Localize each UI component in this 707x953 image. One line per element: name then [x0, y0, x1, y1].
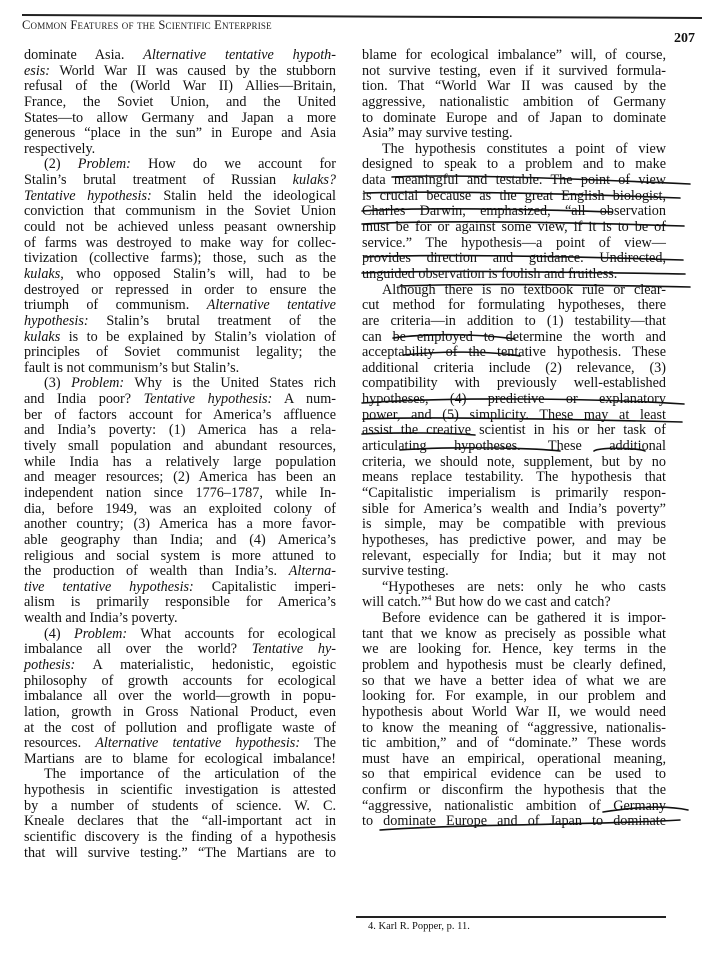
- text-line: survive testing.: [362, 564, 666, 580]
- text-line: esis: World War II was caused by the stu…: [24, 64, 336, 80]
- text-line: able geography than India; and (4) Ameri…: [24, 533, 336, 549]
- text-line: imbalance all over the world? Tentative …: [24, 642, 336, 658]
- text-line: France, the Soviet Union, and the United: [24, 95, 336, 111]
- text-line: must have an empirical, operational mean…: [362, 752, 666, 768]
- text-line: acceptability of the tentative hypothesi…: [362, 345, 666, 361]
- text-line: are criteria—in addition to (1) testabil…: [362, 314, 666, 330]
- text-line: so that empirical evidence can be used t…: [362, 767, 666, 783]
- text-line: hypotheses, (4) predictive or explanator…: [362, 392, 666, 408]
- text-line: The hypothesis constitutes a point of vi…: [362, 142, 666, 158]
- text-line: “aggressive, nationalistic ambition of G…: [362, 799, 666, 815]
- text-line: Tentative hypothesis: Stalin held the id…: [24, 189, 336, 205]
- text-line: The importance of the articulation of th…: [24, 767, 336, 783]
- text-line: cut method for formulating hypotheses, t…: [362, 298, 666, 314]
- text-line: designed to speak to a problem and to ma…: [362, 157, 666, 173]
- text-line: sible for America’s wealth and India’s p…: [362, 502, 666, 518]
- text-line: imbalance all over the world—growth in p…: [24, 689, 336, 705]
- text-line: another country; (3) America has a more …: [24, 517, 336, 533]
- text-line: ber of factors account for America’s aff…: [24, 408, 336, 424]
- text-line: tive tentative hypothesis: Capitalistic …: [24, 580, 336, 596]
- text-line: destroyed or repressed in order to ensur…: [24, 283, 336, 299]
- text-line: of farms was destroyed to make way for c…: [24, 236, 336, 252]
- text-line: kulaks, who opposed Stalin’s will, had t…: [24, 267, 336, 283]
- text-line: means replace testability. The hypothesi…: [362, 470, 666, 486]
- footnote-text: Karl R. Popper, p. 11.: [379, 921, 470, 932]
- text-line: not survive testing, even if it survived…: [362, 64, 666, 80]
- footnote-number: 4.: [368, 921, 376, 932]
- text-line: Before evidence can be gathered it is im…: [362, 611, 666, 627]
- text-line: hypothesis about World War II, we would …: [362, 705, 666, 721]
- text-line: (2) Problem: How do we account for: [24, 157, 336, 173]
- text-line: service.” The hypothesis—a point of view…: [362, 236, 666, 252]
- text-line: assist the creative scientist in his or …: [362, 423, 666, 439]
- text-line: compatibility with previously well-estab…: [362, 376, 666, 392]
- text-line: generous “place in the sun” in Europe an…: [24, 126, 336, 142]
- text-line: Charles Darwin, emphasized, “all observa…: [362, 204, 666, 220]
- text-line: additional criteria include (2) relevanc…: [362, 361, 666, 377]
- text-line: blame for ecological imbalance” will, of…: [362, 48, 666, 64]
- text-line: Martians are to blame for ecological imb…: [24, 752, 336, 768]
- page-number: 207: [674, 31, 695, 47]
- text-line: power, and (5) simplicity. These may at …: [362, 408, 666, 424]
- text-line: tion. That “World War II was caused by t…: [362, 79, 666, 95]
- text-line: States—to allow Germany and Japan a more: [24, 111, 336, 127]
- footnote-rule: [356, 916, 666, 918]
- text-line: respectively.: [24, 142, 336, 158]
- text-line: tively small population and abundant res…: [24, 439, 336, 455]
- text-line: scientific discovery is the finding of a…: [24, 830, 336, 846]
- text-line: Stalin’s brutal treatment of Russian kul…: [24, 173, 336, 189]
- text-line: we are looking for. Hence, key terms in …: [362, 642, 666, 658]
- text-line: by a number of students of science. W. C…: [24, 799, 336, 815]
- text-line: wealth and India’s poverty.: [24, 611, 336, 627]
- footnote: 4. Karl R. Popper, p. 11.: [368, 921, 470, 932]
- text-line: and meager resources; (2) America has be…: [24, 470, 336, 486]
- text-line: hypothesis: Stalin’s brutal treatment of…: [24, 314, 336, 330]
- text-line: aggressive, nationalistic ambition of Ge…: [362, 95, 666, 111]
- text-line: so that we have a better idea of what we…: [362, 674, 666, 690]
- text-line: problem and hypothesis must be clearly d…: [362, 658, 666, 674]
- text-line: confirm or disconfirm the hypothesis tha…: [362, 783, 666, 799]
- text-line: Asia” may survive testing.: [362, 126, 666, 142]
- text-line: (3) Problem: Why is the United States ri…: [24, 376, 336, 392]
- text-line: while India has a relatively large popul…: [24, 455, 336, 471]
- text-line: to dominate Europe and of Japan to domin…: [362, 111, 666, 127]
- text-line: lation, growth in Gross National Product…: [24, 705, 336, 721]
- text-line: tant that we know as precisely as possib…: [362, 627, 666, 643]
- text-line: to dominate Europe and of Japan to domin…: [362, 814, 666, 830]
- text-line: fault is not communism’s but Stalin’s.: [24, 361, 336, 377]
- text-line: kulaks is to be explained by Stalin’s vi…: [24, 330, 336, 346]
- text-line: Kneale declares that the “all-important …: [24, 814, 336, 830]
- text-line: can be employed to determine the worth a…: [362, 330, 666, 346]
- text-line: must be for or against some view, if it …: [362, 220, 666, 236]
- text-line: articulating hypotheses. These additiona…: [362, 439, 666, 455]
- text-line: and India poor? Tentative hypothesis: A …: [24, 392, 336, 408]
- running-head: Common Features of the Scientific Enterp…: [22, 18, 272, 33]
- text-line: tic ambition,” and of “dominate.” These …: [362, 736, 666, 752]
- text-line: provides direction and guidance. Undirec…: [362, 251, 666, 267]
- text-line: alism is primarily responsible for Ameri…: [24, 595, 336, 611]
- text-line: hypotheses, has predictive power, and ma…: [362, 533, 666, 549]
- text-line: dominate Asia. Alternative tentative hyp…: [24, 48, 336, 64]
- text-line: hypothesis in scientific investigation i…: [24, 783, 336, 799]
- text-line: is simple, may be compatible with previo…: [362, 517, 666, 533]
- text-line: philosophy of growth accounts for ecolog…: [24, 674, 336, 690]
- text-line: to know the meaning of “aggressive, nati…: [362, 721, 666, 737]
- text-line: criteria, we should note, supplement, bu…: [362, 455, 666, 471]
- text-line: independent nation since 1776–1787, whil…: [24, 486, 336, 502]
- text-line: is crucial because as the great English …: [362, 189, 666, 205]
- text-line: unguided observation is foolish and frui…: [362, 267, 666, 283]
- text-line: (4) Problem: What accounts for ecologica…: [24, 627, 336, 643]
- left-column: dominate Asia. Alternative tentative hyp…: [24, 48, 336, 861]
- text-line: that will survive testing.” “The Martian…: [24, 846, 336, 862]
- text-line: conviction that communism in the Soviet …: [24, 204, 336, 220]
- text-line: looking for. For example, in our problem…: [362, 689, 666, 705]
- text-line: at the cost of pollution and profligate …: [24, 721, 336, 737]
- text-line: religious and social system is more attu…: [24, 549, 336, 565]
- text-line: relevant, especially for India; but it m…: [362, 549, 666, 565]
- text-line: data meaningful and testable. The point …: [362, 173, 666, 189]
- text-line: dia, before 1949, was an exploited colon…: [24, 502, 336, 518]
- text-line: triumph of communism. Alternative tentat…: [24, 298, 336, 314]
- text-line: could not be achieved unless peasant own…: [24, 220, 336, 236]
- right-column: blame for ecological imbalance” will, of…: [362, 48, 666, 830]
- text-line: principles of Soviet communist legality;…: [24, 345, 336, 361]
- text-line: resources. Alternative tentative hypothe…: [24, 736, 336, 752]
- text-line: refusal of the (World War II) Allies—Bri…: [24, 79, 336, 95]
- text-line: the production of wealth than India’s. A…: [24, 564, 336, 580]
- text-line: “Capitalistic imperialism is primarily r…: [362, 486, 666, 502]
- text-line: pothesis: A materialistic, hedonistic, e…: [24, 658, 336, 674]
- text-line: tivization (collective farms); those, su…: [24, 251, 336, 267]
- text-line: will catch.”4 But how do we cast and cat…: [362, 595, 666, 611]
- text-line: Although there is no textbook rule or cl…: [362, 283, 666, 299]
- text-line: and India’s poverty: (1) America has a r…: [24, 423, 336, 439]
